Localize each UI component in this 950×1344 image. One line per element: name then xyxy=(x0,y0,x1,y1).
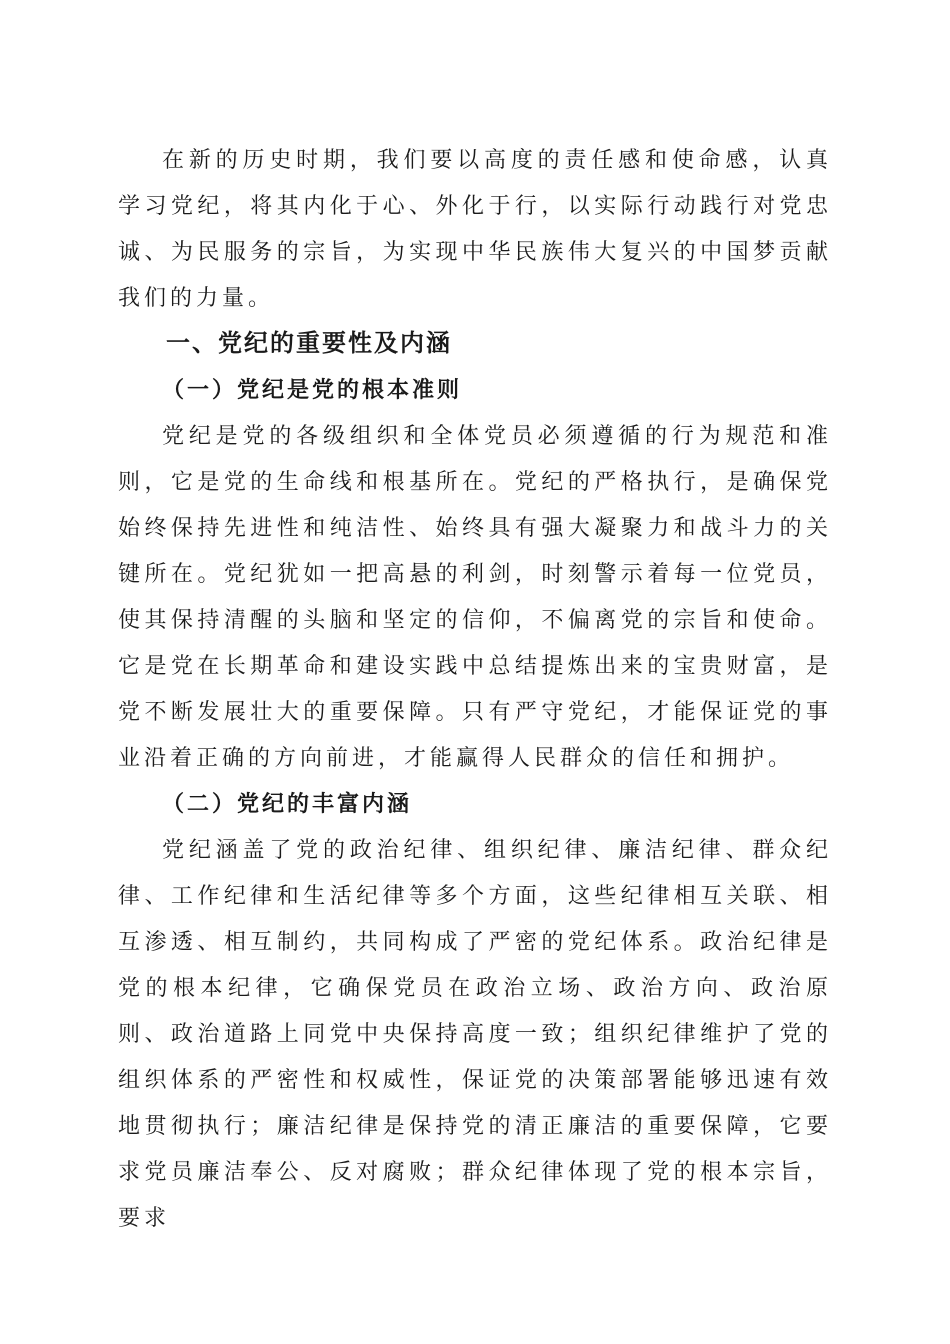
paragraph-intro: 在新的历史时期，我们要以高度的责任感和使命感，认真学习党纪，将其内化于心、外化于… xyxy=(118,137,832,321)
paragraph-rich-connotation: 党纪涵盖了党的政治纪律、组织纪律、廉洁纪律、群众纪律、工作纪律和生活纪律等多个方… xyxy=(118,827,832,1241)
subsection-heading-fundamental-principle: （一）党纪是党的根本准则 xyxy=(118,367,832,413)
subsection-heading-rich-connotation: （二）党纪的丰富内涵 xyxy=(118,781,832,827)
section-heading-importance: 一、党纪的重要性及内涵 xyxy=(118,321,832,367)
paragraph-fundamental-principle: 党纪是党的各级组织和全体党员必须遵循的行为规范和准则，它是党的生命线和根基所在。… xyxy=(118,413,832,781)
document-page: 在新的历史时期，我们要以高度的责任感和使命感，认真学习党纪，将其内化于心、外化于… xyxy=(0,0,950,1344)
